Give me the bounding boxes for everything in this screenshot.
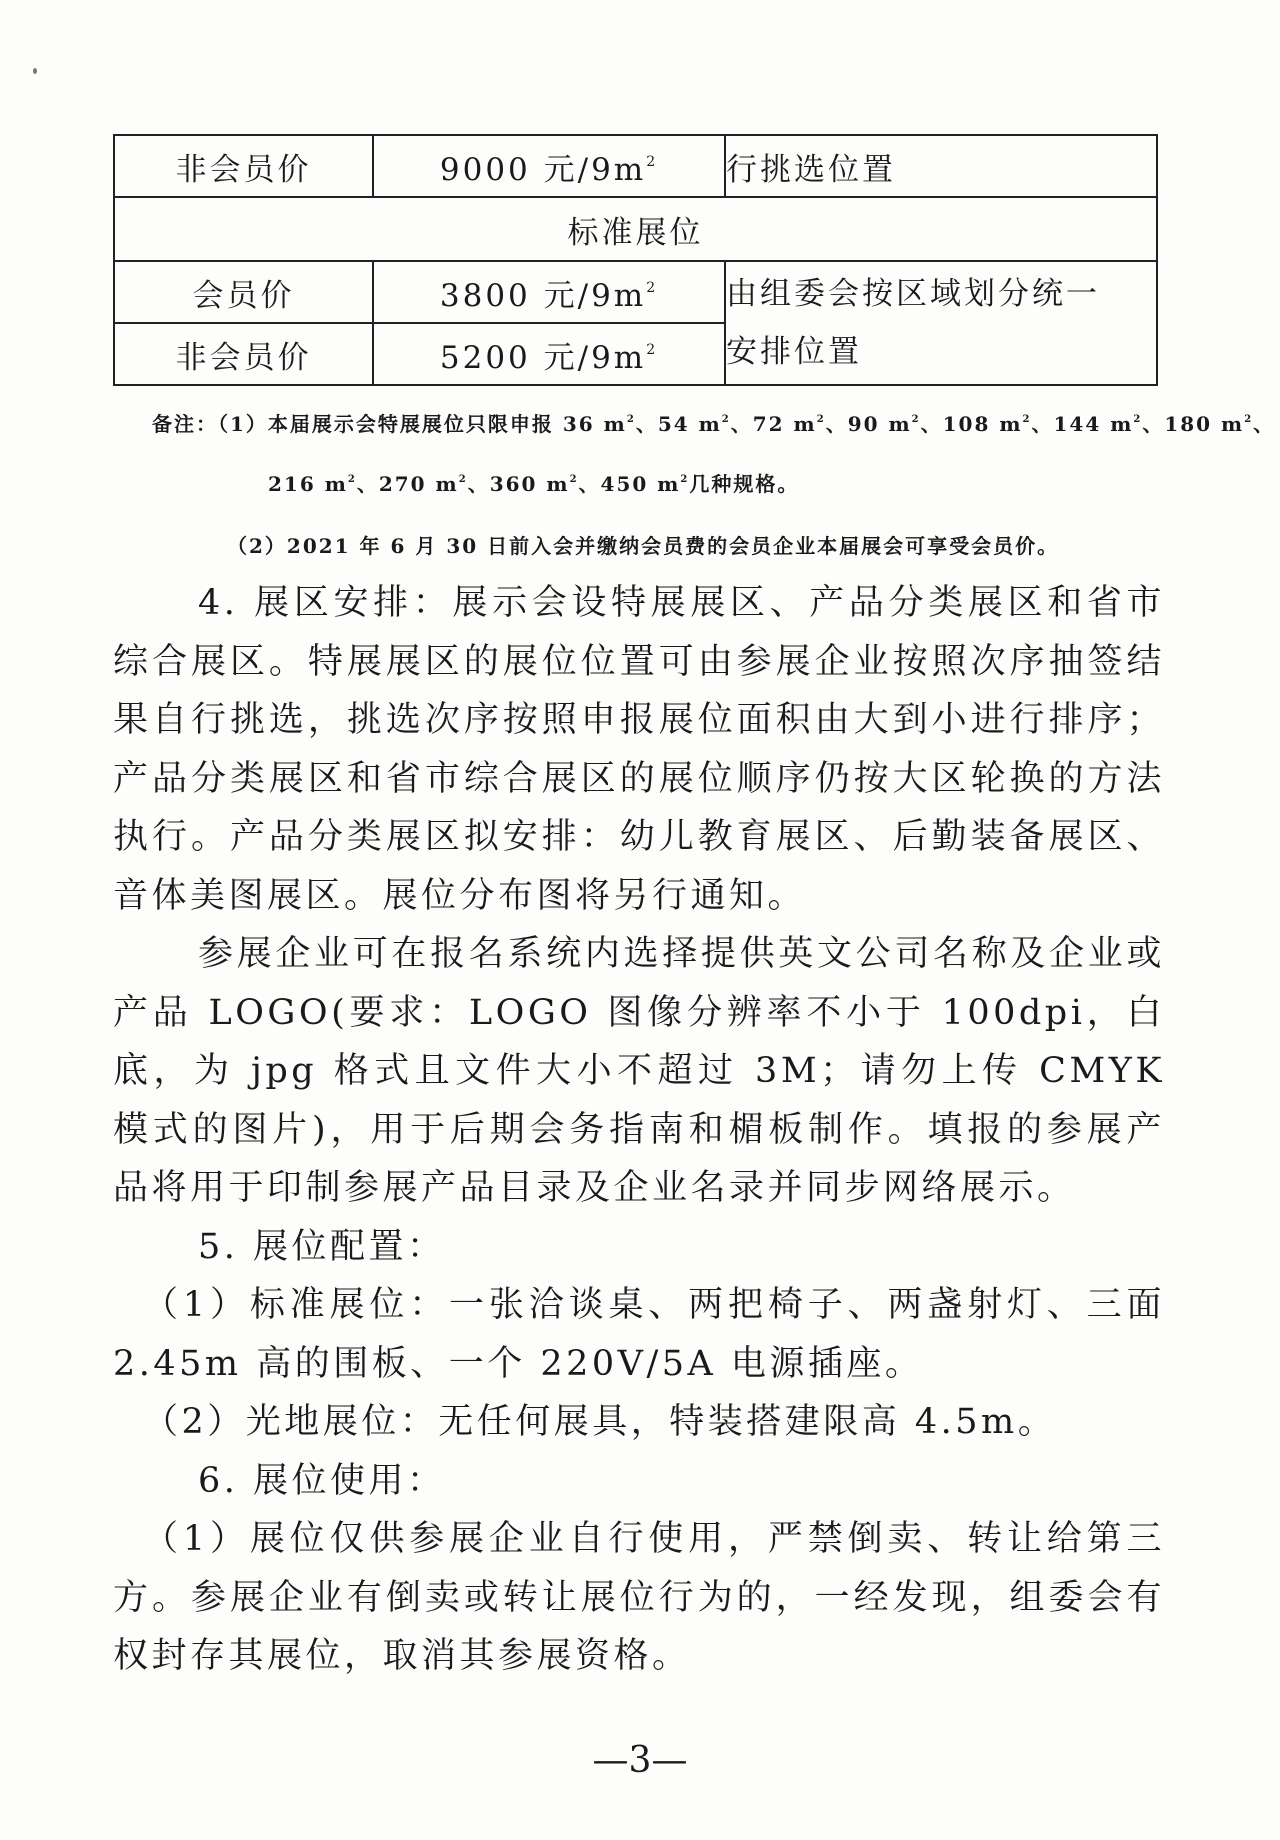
booth-size: 144 m2 <box>1053 412 1142 436</box>
booth-size: 72 m2 <box>753 412 826 436</box>
price-type-cell: 会员价 <box>114 261 373 323</box>
placement-note-cell: 由组委会按区域划分统一 安排位置 <box>725 261 1157 385</box>
table-row: 非会员价 9000 元/9m2 行挑选位置 <box>114 135 1157 197</box>
price-cell: 9000 元/9m2 <box>373 135 725 197</box>
price-type-cell: 非会员价 <box>114 135 373 197</box>
section-header-cell: 标准展位 <box>114 197 1157 261</box>
booth-size: 360 m2 <box>490 472 579 496</box>
note-1-line-1: 备注：（1）本届展示会特展展位只限申报 36 m2、54 m2、72 m2、90… <box>152 408 1275 437</box>
body-text: 4. 展区安排：展示会设特展展区、产品分类展区和省市综合展区。特展展区的展位位置… <box>113 574 1165 1686</box>
price-cell: 3800 元/9m2 <box>373 261 725 323</box>
booth-size: 54 m2 <box>658 412 731 436</box>
section-6-item-1: （1）展位仅供参展企业自行使用，严禁倒卖、转让给第三方。参展企业有倒卖或转让展位… <box>113 1510 1165 1686</box>
section-5-item-1: （1）标准展位：一张洽谈桌、两把椅子、两盏射灯、三面 2.45m 高的围板、一个… <box>113 1276 1165 1393</box>
note-2: （2）2021 年 6 月 30 日前入会并缴纳会员费的会员企业本届展会可享受会… <box>227 530 1059 559</box>
booth-size: 90 m2 <box>848 412 921 436</box>
booth-size: 450 m2 <box>601 472 690 496</box>
section-5-title: 5. 展位配置： <box>113 1218 1165 1277</box>
booth-size: 270 m2 <box>379 472 468 496</box>
scan-speck <box>33 68 37 74</box>
note-1-line-2: 216 m2、270 m2、360 m2、450 m2几种规格。 <box>268 468 799 497</box>
section-6-title: 6. 展位使用： <box>113 1452 1165 1511</box>
section-4-paragraph: 4. 展区安排：展示会设特展展区、产品分类展区和省市综合展区。特展展区的展位位置… <box>113 574 1165 925</box>
table-row: 会员价 3800 元/9m2 由组委会按区域划分统一 安排位置 <box>114 261 1157 323</box>
booth-size: 216 m2 <box>268 472 357 496</box>
price-cell: 5200 元/9m2 <box>373 323 725 385</box>
price-type-cell: 非会员价 <box>114 323 373 385</box>
placement-note-cell: 行挑选位置 <box>725 135 1157 197</box>
table-section-row: 标准展位 <box>114 197 1157 261</box>
page-number: —3— <box>0 1740 1280 1781</box>
section-4-logo-paragraph: 参展企业可在报名系统内选择提供英文公司名称及企业或产品 LOGO(要求：LOGO… <box>113 925 1165 1218</box>
document-page: 非会员价 9000 元/9m2 行挑选位置 标准展位 会员价 3800 元/9m… <box>0 0 1280 1840</box>
booth-size: 36 m2 <box>563 412 636 436</box>
booth-fee-table: 非会员价 9000 元/9m2 行挑选位置 标准展位 会员价 3800 元/9m… <box>113 134 1158 386</box>
section-5-item-2: （2）光地展位：无任何展具，特装搭建限高 4.5m。 <box>113 1393 1165 1452</box>
booth-size: 108 m2 <box>943 412 1032 436</box>
booth-size: 180 m2 <box>1164 412 1253 436</box>
